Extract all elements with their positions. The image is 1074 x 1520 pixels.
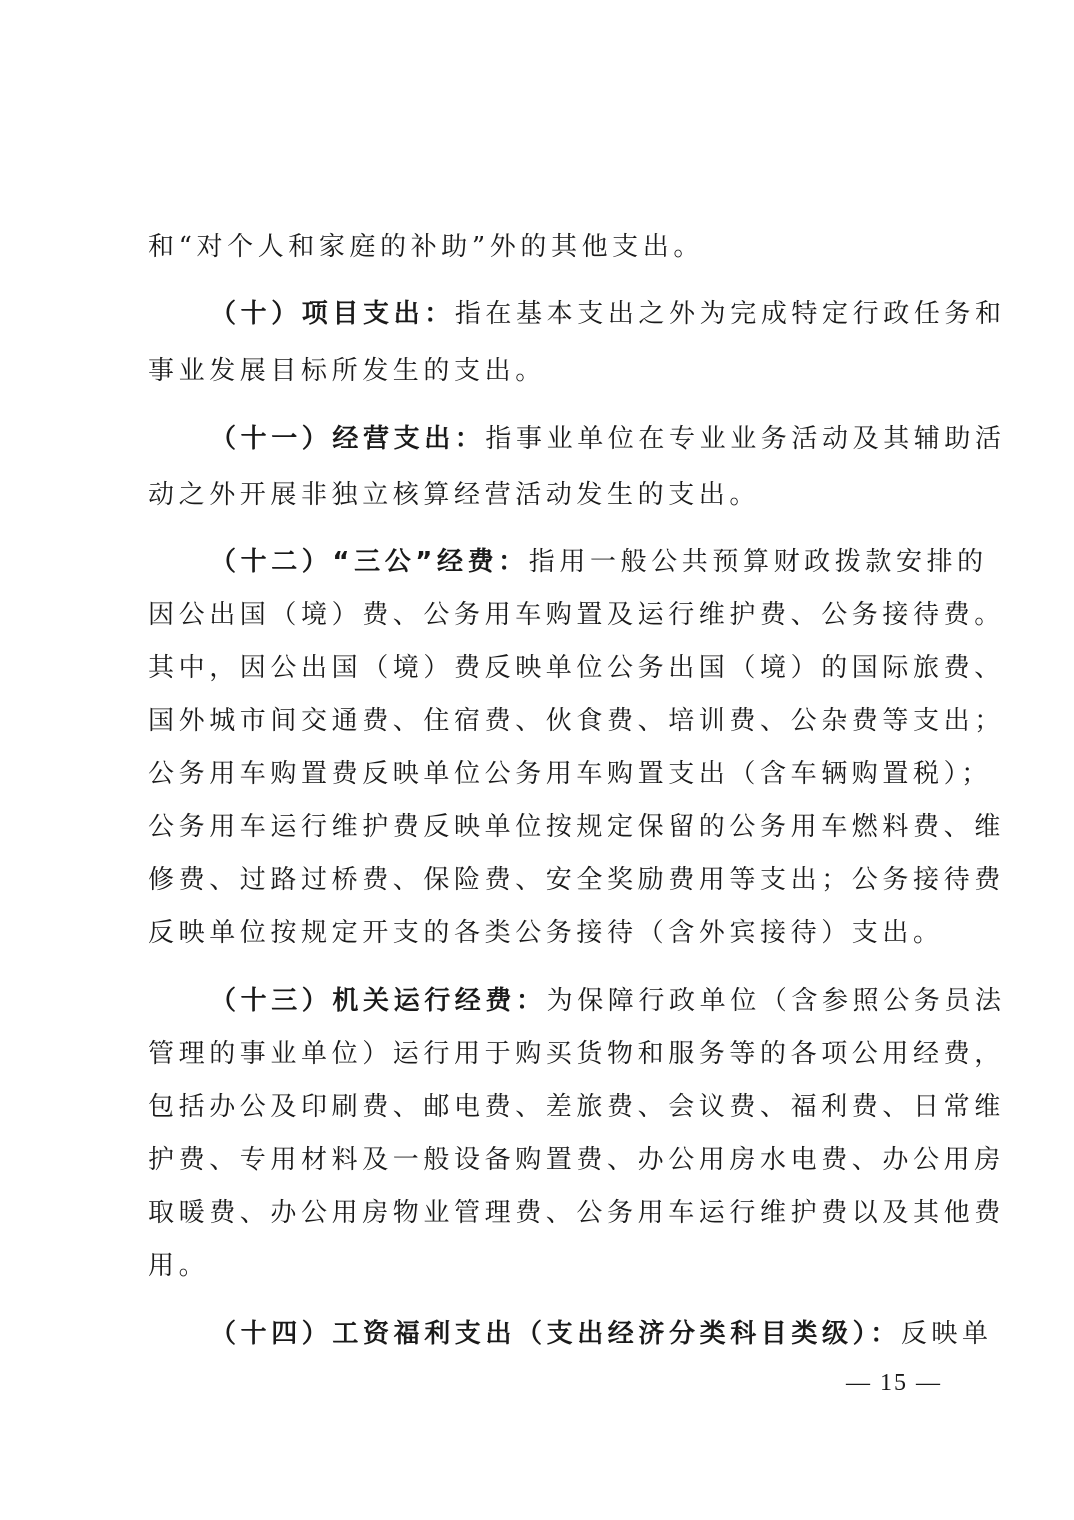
line-text: 反映单 bbox=[901, 1319, 993, 1349]
body-line: 其中，因公出国（境）费反映单位公务出国（境）的国际旅费、 bbox=[148, 651, 978, 685]
line-text: 指用一般公共预算财政拨款安排的 bbox=[529, 547, 988, 577]
line-text: 反映单位按规定开支的各类公务接待（含外宾接待）支出。 bbox=[148, 918, 944, 948]
line-text: 修费、过路过桥费、保险费、安全奖励费用等支出；公务接待费 bbox=[148, 865, 1005, 895]
line-text: 和“对个人和家庭的补助”外的其他支出。 bbox=[148, 232, 704, 262]
section-heading-line: （十二）“三公”经费：指用一般公共预算财政拨款安排的 bbox=[210, 545, 1040, 579]
body-line: 公务用车购置费反映单位公务用车购置支出（含车辆购置税）； bbox=[148, 757, 978, 791]
page-number: — 15 — bbox=[846, 1370, 942, 1397]
section-heading: （十四）工资福利支出（支出经济分类科目类级）： bbox=[210, 1319, 901, 1349]
line-text: 取暖费、办公用房物业管理费、公务用车运行维护费以及其他费 bbox=[148, 1198, 1005, 1228]
line-text: 动之外开展非独立核算经营活动发生的支出。 bbox=[148, 480, 760, 510]
section-heading: （十一）经营支出： bbox=[210, 424, 485, 454]
line-text: 国外城市间交通费、住宿费、伙食费、培训费、公杂费等支出； bbox=[148, 706, 1005, 736]
body-line: 包括办公及印刷费、邮电费、差旅费、会议费、福利费、日常维 bbox=[148, 1090, 978, 1124]
body-line: 用。 bbox=[148, 1249, 978, 1283]
section-heading-line: （十四）工资福利支出（支出经济分类科目类级）：反映单 bbox=[210, 1317, 1040, 1351]
line-text: 为保障行政单位（含参照公务员法 bbox=[547, 986, 1006, 1016]
body-line: 反映单位按规定开支的各类公务接待（含外宾接待）支出。 bbox=[148, 916, 978, 950]
body-line: 公务用车运行维护费反映单位按规定保留的公务用车燃料费、维 bbox=[148, 810, 978, 844]
line-text: 公务用车购置费反映单位公务用车购置支出（含车辆购置税）； bbox=[148, 759, 992, 789]
line-text: 指事业单位在专业业务活动及其辅助活 bbox=[485, 424, 1005, 454]
section-heading: （十）项目支出： bbox=[210, 299, 455, 329]
body-line: 动之外开展非独立核算经营活动发生的支出。 bbox=[148, 478, 978, 512]
body-line: 管理的事业单位）运行用于购买货物和服务等的各项公用经费， bbox=[148, 1037, 978, 1071]
line-text: 护费、专用材料及一般设备购置费、办公用房水电费、办公用房 bbox=[148, 1145, 1005, 1175]
section-heading: （十三）机关运行经费： bbox=[210, 986, 547, 1016]
line-text: 包括办公及印刷费、邮电费、差旅费、会议费、福利费、日常维 bbox=[148, 1092, 1005, 1122]
line-text: 其中，因公出国（境）费反映单位公务出国（境）的国际旅费、 bbox=[148, 653, 1005, 683]
section-heading-line: （十三）机关运行经费：为保障行政单位（含参照公务员法 bbox=[210, 984, 1040, 1018]
section-heading: （十二）“三公”经费： bbox=[210, 547, 529, 577]
line-text: 公务用车运行维护费反映单位按规定保留的公务用车燃料费、维 bbox=[148, 812, 1005, 842]
section-heading-line: （十一）经营支出：指事业单位在专业业务活动及其辅助活 bbox=[210, 422, 1040, 456]
body-line: 国外城市间交通费、住宿费、伙食费、培训费、公杂费等支出； bbox=[148, 704, 978, 738]
line-text: 事业发展目标所发生的支出。 bbox=[148, 356, 546, 386]
line-text: 用。 bbox=[148, 1251, 209, 1281]
body-line: 事业发展目标所发生的支出。 bbox=[148, 354, 978, 388]
line-text: 指在基本支出之外为完成特定行政任务和 bbox=[455, 299, 1006, 329]
body-line: 和“对个人和家庭的补助”外的其他支出。 bbox=[148, 230, 978, 264]
section-heading-line: （十）项目支出：指在基本支出之外为完成特定行政任务和 bbox=[210, 297, 1040, 331]
document-page: 和“对个人和家庭的补助”外的其他支出。 （十）项目支出：指在基本支出之外为完成特… bbox=[0, 0, 1074, 1520]
body-line: 修费、过路过桥费、保险费、安全奖励费用等支出；公务接待费 bbox=[148, 863, 978, 897]
body-line: 取暖费、办公用房物业管理费、公务用车运行维护费以及其他费 bbox=[148, 1196, 978, 1230]
body-line: 护费、专用材料及一般设备购置费、办公用房水电费、办公用房 bbox=[148, 1143, 978, 1177]
body-line: 因公出国（境）费、公务用车购置及运行维护费、公务接待费。 bbox=[148, 598, 978, 632]
line-text: 因公出国（境）费、公务用车购置及运行维护费、公务接待费。 bbox=[148, 600, 1005, 630]
line-text: 管理的事业单位）运行用于购买货物和服务等的各项公用经费， bbox=[148, 1039, 1005, 1069]
